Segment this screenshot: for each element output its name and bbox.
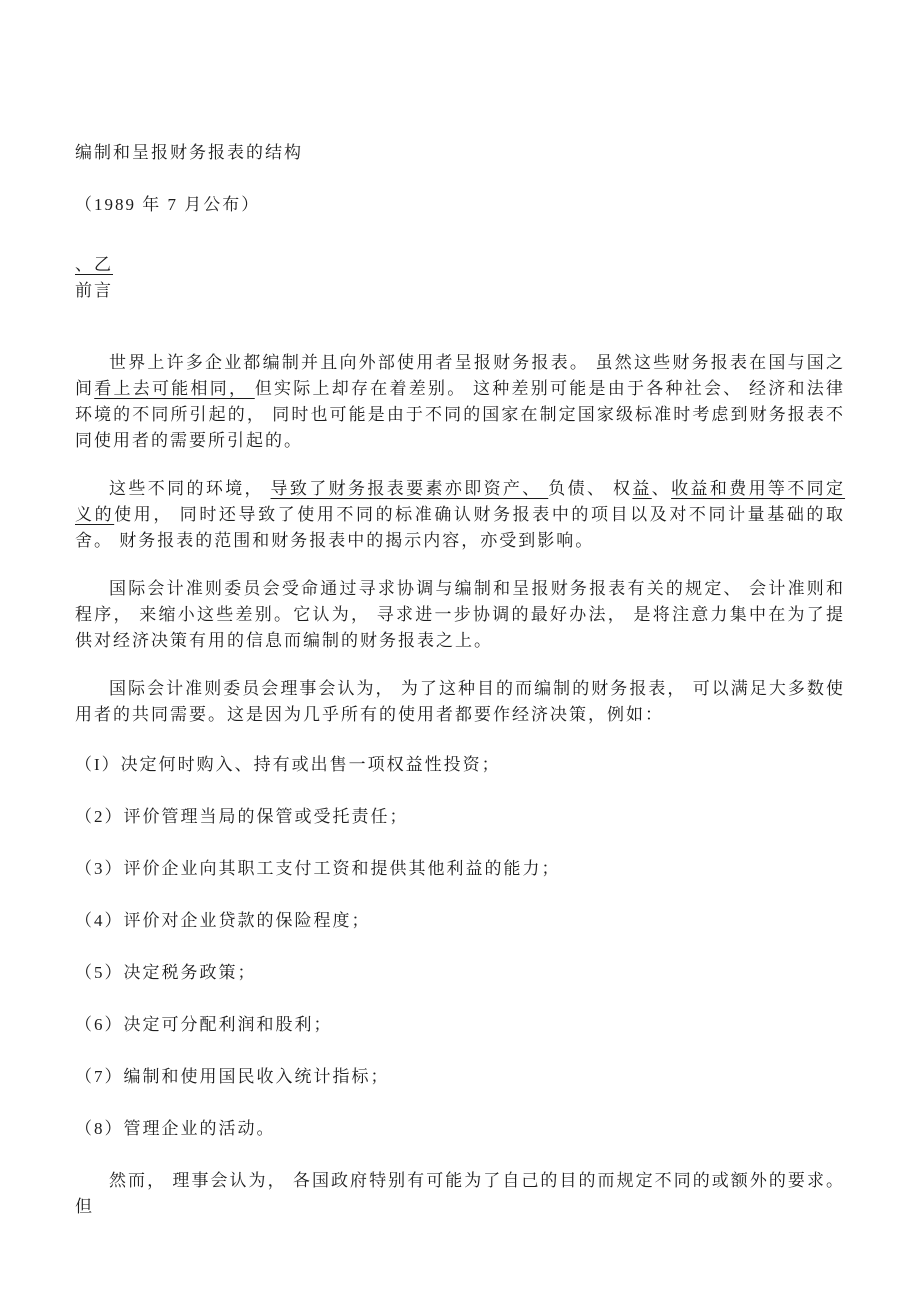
underlined-text-segment: 益 bbox=[632, 479, 651, 498]
paragraph: 这些不同的环境， 导致了财务报表要素亦即资产、 负债、 权益、收益和费用等不同定… bbox=[75, 476, 845, 554]
list-item-text: 决定可分配利润和股利； bbox=[124, 1015, 333, 1034]
text-segment: 、 bbox=[652, 479, 671, 498]
list-item: （2）评价管理当局的保管或受托责任； bbox=[75, 804, 845, 830]
document-title: 编制和呈报财务报表的结构 bbox=[75, 140, 845, 166]
paragraph: 然而， 理事会认为， 各国政府特别有可能为了自己的目的而规定不同的或额外的要求。… bbox=[75, 1168, 845, 1220]
paragraph: 世界上许多企业都编制并且向外部使用者呈报财务报表。 虽然这些财务报表在国与国之间… bbox=[75, 350, 845, 454]
decision-list: （I）决定何时购入、持有或出售一项权益性投资；（2）评价管理当局的保管或受托责任… bbox=[75, 752, 845, 1142]
text-segment: 然而， 理事会认为， 各国政府特别有可能为了自己的目的而规定不同的或额外的要求。… bbox=[75, 1171, 845, 1216]
underlined-text-segment: 看上去可能相同， bbox=[94, 379, 255, 398]
section-marker-line: 、乙 bbox=[75, 252, 845, 278]
paragraph: 国际会计准则委员会受命通过寻求协调与编制和呈报财务报表有关的规定、 会计准则和程… bbox=[75, 576, 845, 654]
list-item-text: 评价管理当局的保管或受托责任； bbox=[124, 807, 409, 826]
list-item-marker: （5） bbox=[75, 963, 124, 982]
list-item-text: 评价企业向其职工支付工资和提供其他利益的能力； bbox=[124, 859, 561, 878]
list-item: （I）决定何时购入、持有或出售一项权益性投资； bbox=[75, 752, 845, 778]
text-segment: 这些不同的环境， bbox=[109, 479, 271, 498]
list-item: （4）评价对企业贷款的保险程度； bbox=[75, 908, 845, 934]
list-item-marker: （4） bbox=[75, 911, 124, 930]
list-item-text: 决定税务政策； bbox=[124, 963, 257, 982]
paragraph: 国际会计准则委员会理事会认为， 为了这种目的而编制的财务报表， 可以满足大多数使… bbox=[75, 676, 845, 728]
list-item-text: 管理企业的活动。 bbox=[124, 1119, 276, 1138]
list-item-marker: （7） bbox=[75, 1067, 124, 1086]
document-page: 编制和呈报财务报表的结构 （1989 年 7 月公布） 、乙 前言 世界上许多企… bbox=[0, 0, 920, 1303]
underlined-text-segment: 导致了财务报表要素亦即资产、 bbox=[271, 479, 549, 498]
text-segment: 国际会计准则委员会理事会认为， 为了这种目的而编制的财务报表， 可以满足大多数使… bbox=[75, 679, 845, 724]
section-marker: 、乙 bbox=[75, 255, 113, 274]
list-item: （6）决定可分配利润和股利； bbox=[75, 1012, 845, 1038]
list-item-marker: （6） bbox=[75, 1015, 124, 1034]
intro-paragraphs: 世界上许多企业都编制并且向外部使用者呈报财务报表。 虽然这些财务报表在国与国之间… bbox=[75, 350, 845, 728]
text-segment: 负债、 权 bbox=[548, 479, 632, 498]
list-item: （5）决定税务政策； bbox=[75, 960, 845, 986]
text-segment: 国际会计准则委员会受命通过寻求协调与编制和呈报财务报表有关的规定、 会计准则和程… bbox=[75, 579, 845, 650]
list-item-text: 决定何时购入、持有或出售一项权益性投资； bbox=[121, 755, 501, 774]
list-item: （7）编制和使用国民收入统计指标； bbox=[75, 1064, 845, 1090]
list-item: （3）评价企业向其职工支付工资和提供其他利益的能力； bbox=[75, 856, 845, 882]
list-item-marker: （I） bbox=[75, 755, 121, 774]
list-item-marker: （8） bbox=[75, 1119, 124, 1138]
list-item-text: 编制和使用国民收入统计指标； bbox=[124, 1067, 390, 1086]
list-item-text: 评价对企业贷款的保险程度； bbox=[124, 911, 371, 930]
text-segment: 使用， 同时还导致了使用不同的标准确认财务报表中的项目以及对不同计量基础的取舍。… bbox=[75, 505, 845, 550]
list-item: （8）管理企业的活动。 bbox=[75, 1116, 845, 1142]
publication-date-note: （1989 年 7 月公布） bbox=[75, 192, 845, 218]
section-heading: 前言 bbox=[75, 278, 845, 304]
list-item-marker: （3） bbox=[75, 859, 124, 878]
closing-paragraphs: 然而， 理事会认为， 各国政府特别有可能为了自己的目的而规定不同的或额外的要求。… bbox=[75, 1168, 845, 1220]
list-item-marker: （2） bbox=[75, 807, 124, 826]
